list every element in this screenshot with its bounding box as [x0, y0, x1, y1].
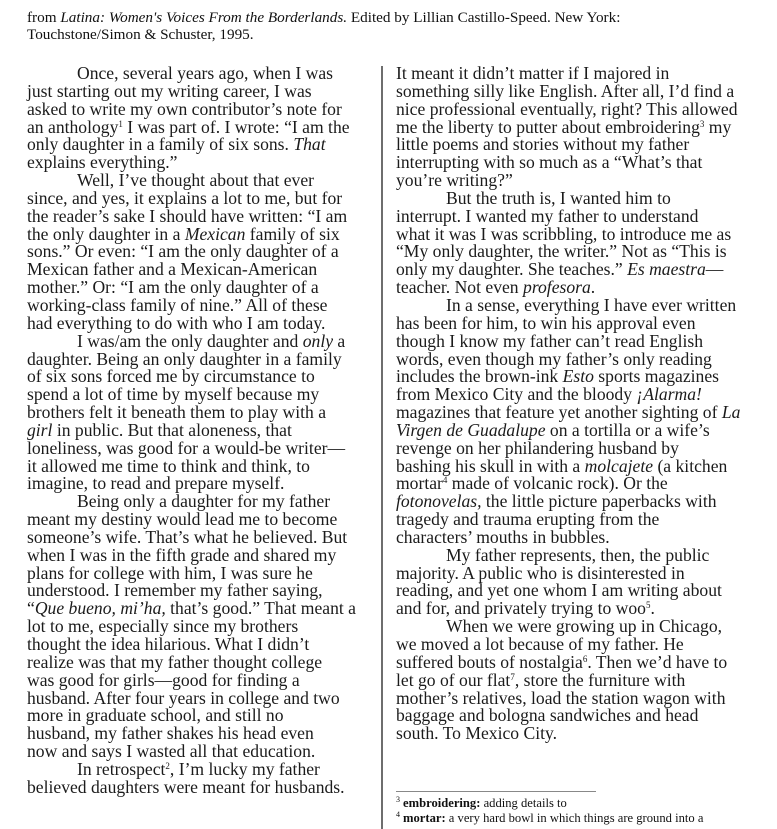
- footnote-term: embroidering:: [403, 796, 480, 810]
- right-text-column: It meant it didn’t matter if I majored i…: [396, 65, 766, 743]
- italic-term: Es maestra: [627, 259, 706, 279]
- footnote-definition: a very hard bowl in which things are gro…: [446, 811, 704, 825]
- citation-editor: Edited by Lillian Castillo-Speed. New Yo…: [347, 9, 620, 26]
- footnote-number: 4: [396, 810, 400, 819]
- text-run: —: [706, 259, 724, 279]
- footnote-term: mortar:: [403, 811, 446, 825]
- footnote-item: 4mortar: a very hard bowl in which thing…: [396, 811, 766, 826]
- citation-prefix: from: [27, 9, 60, 26]
- text-run: my: [704, 117, 731, 137]
- footnote-separator: [396, 791, 596, 792]
- citation-book-title: Latina: Women's Voices From the Borderla…: [60, 9, 347, 26]
- footnotes: 3embroidering: adding details to4mortar:…: [396, 796, 766, 826]
- footnote-item: 3embroidering: adding details to: [396, 796, 766, 811]
- text-run: believed daughters were meant for husban…: [27, 777, 345, 797]
- italic-term: La: [722, 402, 741, 422]
- italic-term: That: [293, 134, 325, 154]
- text-line: south. To Mexico City.: [396, 725, 766, 743]
- left-text-column: Once, several years ago, when I wasjust …: [27, 65, 372, 797]
- citation-publisher: Touchstone/Simon & Schuster, 1995.: [27, 26, 254, 43]
- footnote-definition: adding details to: [480, 796, 566, 810]
- footnote-number: 3: [396, 795, 400, 804]
- text-run: south. To Mexico City.: [396, 723, 557, 743]
- column-divider: [381, 66, 383, 829]
- source-citation: from Latina: Women's Voices From the Bor…: [27, 9, 767, 43]
- text-line: believed daughters were meant for husban…: [27, 779, 372, 797]
